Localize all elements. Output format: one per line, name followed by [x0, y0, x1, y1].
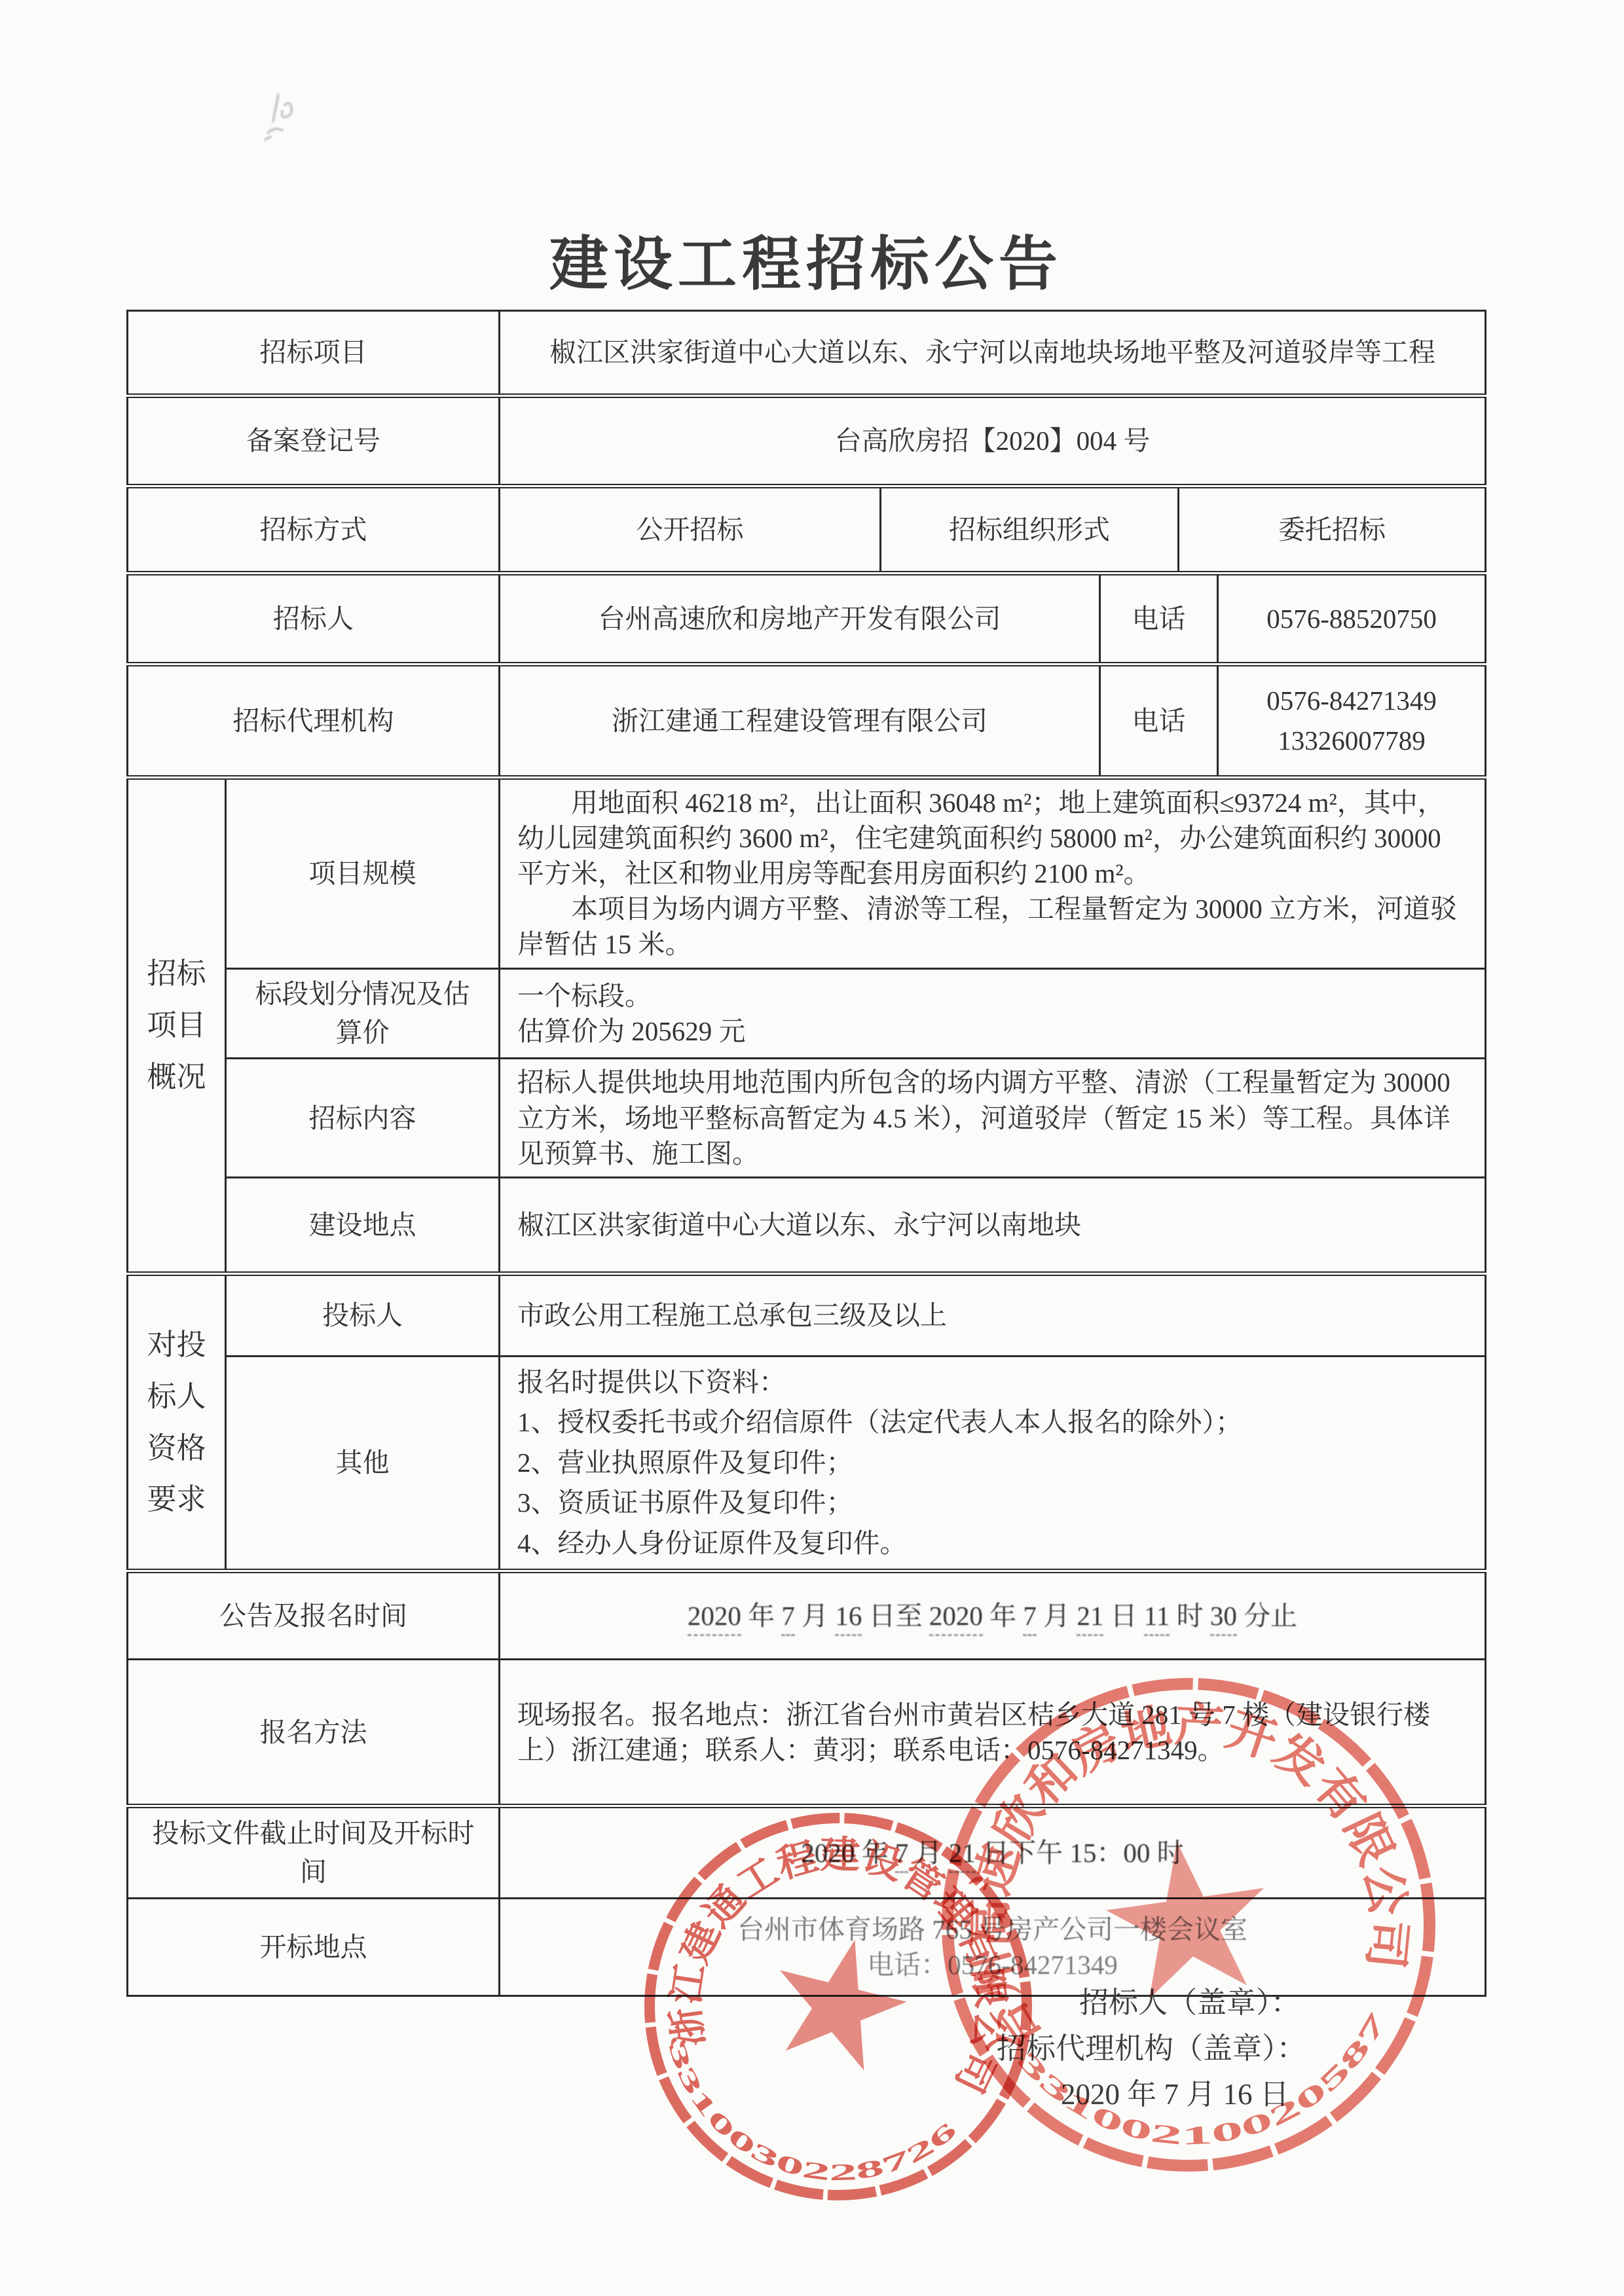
- table-row: 招标项目 椒江区洪家街道中心大道以东、永宁河以南地块场地平整及河道驳岸等工程: [128, 311, 1486, 396]
- table-row: 建设地点 椒江区洪家街道中心大道以东、永宁河以南地块: [128, 1177, 1486, 1273]
- scale-paragraph-2: 本项目为场内调方平整、清淤等工程，工程量暂定为 30000 立方米，河道驳岸暂估…: [517, 891, 1467, 962]
- other-label: 其他: [226, 1356, 500, 1571]
- table-row: 招标项目概况 项目规模 用地面积 46218 m²，出让面积 36048 m²；…: [128, 778, 1486, 969]
- tenderer-seal-stamp: 台州高速欣和房地产开发有限公司 33100210020587: [927, 1663, 1450, 2187]
- scale-value: 用地面积 46218 m²，出让面积 36048 m²；地上建筑面积≤93724…: [500, 778, 1486, 969]
- table-row: 招标人 台州高速欣和房地产开发有限公司 电话 0576-88520750: [128, 574, 1486, 665]
- content-value: 招标人提供地块用地范围内所包含的场内调方平整、清淤（工程量暂定为 30000 立…: [500, 1059, 1486, 1177]
- date-segment: 年: [983, 1601, 1024, 1631]
- agency-label: 招标代理机构: [128, 665, 500, 778]
- tenderer-value: 台州高速欣和房地产开发有限公司: [500, 574, 1100, 665]
- text-line: 报名时提供以下资料：: [517, 1362, 1467, 1403]
- date-segment: 21: [1077, 1601, 1103, 1636]
- tenderer-label: 招标人: [128, 574, 500, 665]
- deadline-label: 投标文件截止时间及开标时间: [128, 1806, 500, 1899]
- date-segment: 2020: [929, 1601, 983, 1636]
- announce-time-label: 公告及报名时间: [128, 1571, 500, 1660]
- svg-text:33100210020587: 33100210020587: [1009, 1995, 1407, 2176]
- agency-phone-2: 13326007789: [1236, 721, 1467, 761]
- date-segment: 11: [1144, 1601, 1170, 1636]
- location-label: 建设地点: [226, 1177, 500, 1273]
- method-value: 公开招标: [500, 486, 881, 574]
- bidder-value: 市政公用工程施工总承包三级及以上: [500, 1273, 1486, 1356]
- date-segment: 年: [741, 1601, 782, 1631]
- table-row: 招标代理机构 浙江建通工程建设管理有限公司 电话 0576-84271349 1…: [128, 665, 1486, 778]
- record-no-value: 台高欣房招【2020】004 号: [500, 396, 1486, 486]
- date-segment: 30: [1210, 1601, 1237, 1636]
- star-icon: [762, 1924, 919, 2077]
- date-segment: 7: [781, 1601, 795, 1636]
- scale-label: 项目规模: [226, 778, 500, 969]
- announce-time-value: 2020 年 7 月 16 日至 2020 年 7 月 21 日 11 时 30…: [500, 1571, 1486, 1660]
- star-icon: [1098, 1831, 1277, 2003]
- agency-phone-1: 0576-84271349: [1236, 681, 1467, 721]
- date-segment: 16: [835, 1601, 862, 1636]
- qualification-group-label: 对投标人资格要求: [128, 1273, 226, 1571]
- scale-paragraph-1: 用地面积 46218 m²，出让面积 36048 m²；地上建筑面积≤93724…: [517, 785, 1467, 891]
- table-row: 备案登记号 台高欣房招【2020】004 号: [128, 396, 1486, 486]
- tenderer-phone-value: 0576-88520750: [1218, 574, 1486, 665]
- org-form-label: 招标组织形式: [881, 486, 1179, 574]
- date-segment: 分止: [1237, 1601, 1297, 1631]
- ink-smudge: [259, 82, 311, 154]
- date-segment: 7: [1023, 1601, 1037, 1636]
- signup-label: 报名方法: [128, 1660, 500, 1806]
- overview-group-label: 招标项目概况: [128, 778, 226, 1274]
- sections-line-1: 一个标段。: [517, 978, 1467, 1013]
- open-location-label: 开标地点: [128, 1899, 500, 1996]
- agency-phone-label: 电话: [1100, 665, 1218, 778]
- text-line: 3、资质证书原件及复印件；: [517, 1483, 1467, 1523]
- location-value: 椒江区洪家街道中心大道以东、永宁河以南地块: [500, 1177, 1486, 1273]
- method-label: 招标方式: [128, 486, 500, 574]
- table-row: 公告及报名时间 2020 年 7 月 16 日至 2020 年 7 月 21 日…: [128, 1571, 1486, 1660]
- sections-line-2: 估算价为 205629 元: [517, 1013, 1467, 1049]
- date-segment: 2020: [688, 1601, 741, 1636]
- project-label: 招标项目: [128, 311, 500, 396]
- bidder-label: 投标人: [226, 1273, 500, 1356]
- other-value: 报名时提供以下资料：1、授权委托书或介绍信原件（法定代表人本人报名的除外）；2、…: [500, 1356, 1486, 1571]
- text-line: 4、经办人身份证原件及复印件。: [517, 1523, 1467, 1564]
- text-line: 1、授权委托书或介绍信原件（法定代表人本人报名的除外）；: [517, 1402, 1467, 1443]
- date-segment: 月: [1037, 1601, 1077, 1631]
- text-line: 2、营业执照原件及复印件；: [517, 1443, 1467, 1484]
- date-segment: 日: [1103, 1601, 1144, 1631]
- tenderer-phone-label: 电话: [1100, 574, 1218, 665]
- agency-value: 浙江建通工程建设管理有限公司: [500, 665, 1100, 778]
- date-segment: 日至: [862, 1601, 929, 1631]
- table-row: 其他 报名时提供以下资料：1、授权委托书或介绍信原件（法定代表人本人报名的除外）…: [128, 1356, 1486, 1571]
- table-row: 招标内容 招标人提供地块用地范围内所包含的场内调方平整、清淤（工程量暂定为 30…: [128, 1059, 1486, 1177]
- table-row: 招标方式 公开招标 招标组织形式 委托招标: [128, 486, 1486, 574]
- project-value: 椒江区洪家街道中心大道以东、永宁河以南地块场地平整及河道驳岸等工程: [500, 311, 1486, 396]
- content-label: 招标内容: [226, 1059, 500, 1177]
- scanned-bid-announcement-page: { "title": "建设工程招标公告", "colors": { "stam…: [0, 0, 1624, 2296]
- date-segment: 月: [795, 1601, 836, 1631]
- tenderer-seal-number-text: 33100210020587: [1009, 1995, 1407, 2176]
- agency-phone-value: 0576-84271349 13326007789: [1218, 665, 1486, 778]
- date-segment: 时: [1170, 1601, 1210, 1631]
- page-title: 建设工程招标公告: [128, 216, 1485, 301]
- sections-label: 标段划分情况及估算价: [226, 968, 500, 1059]
- table-row: 标段划分情况及估算价 一个标段。 估算价为 205629 元: [128, 968, 1486, 1059]
- table-row: 对投标人资格要求 投标人 市政公用工程施工总承包三级及以上: [128, 1273, 1486, 1356]
- org-form-value: 委托招标: [1179, 486, 1486, 574]
- record-no-label: 备案登记号: [128, 396, 500, 486]
- sections-value: 一个标段。 估算价为 205629 元: [500, 968, 1486, 1059]
